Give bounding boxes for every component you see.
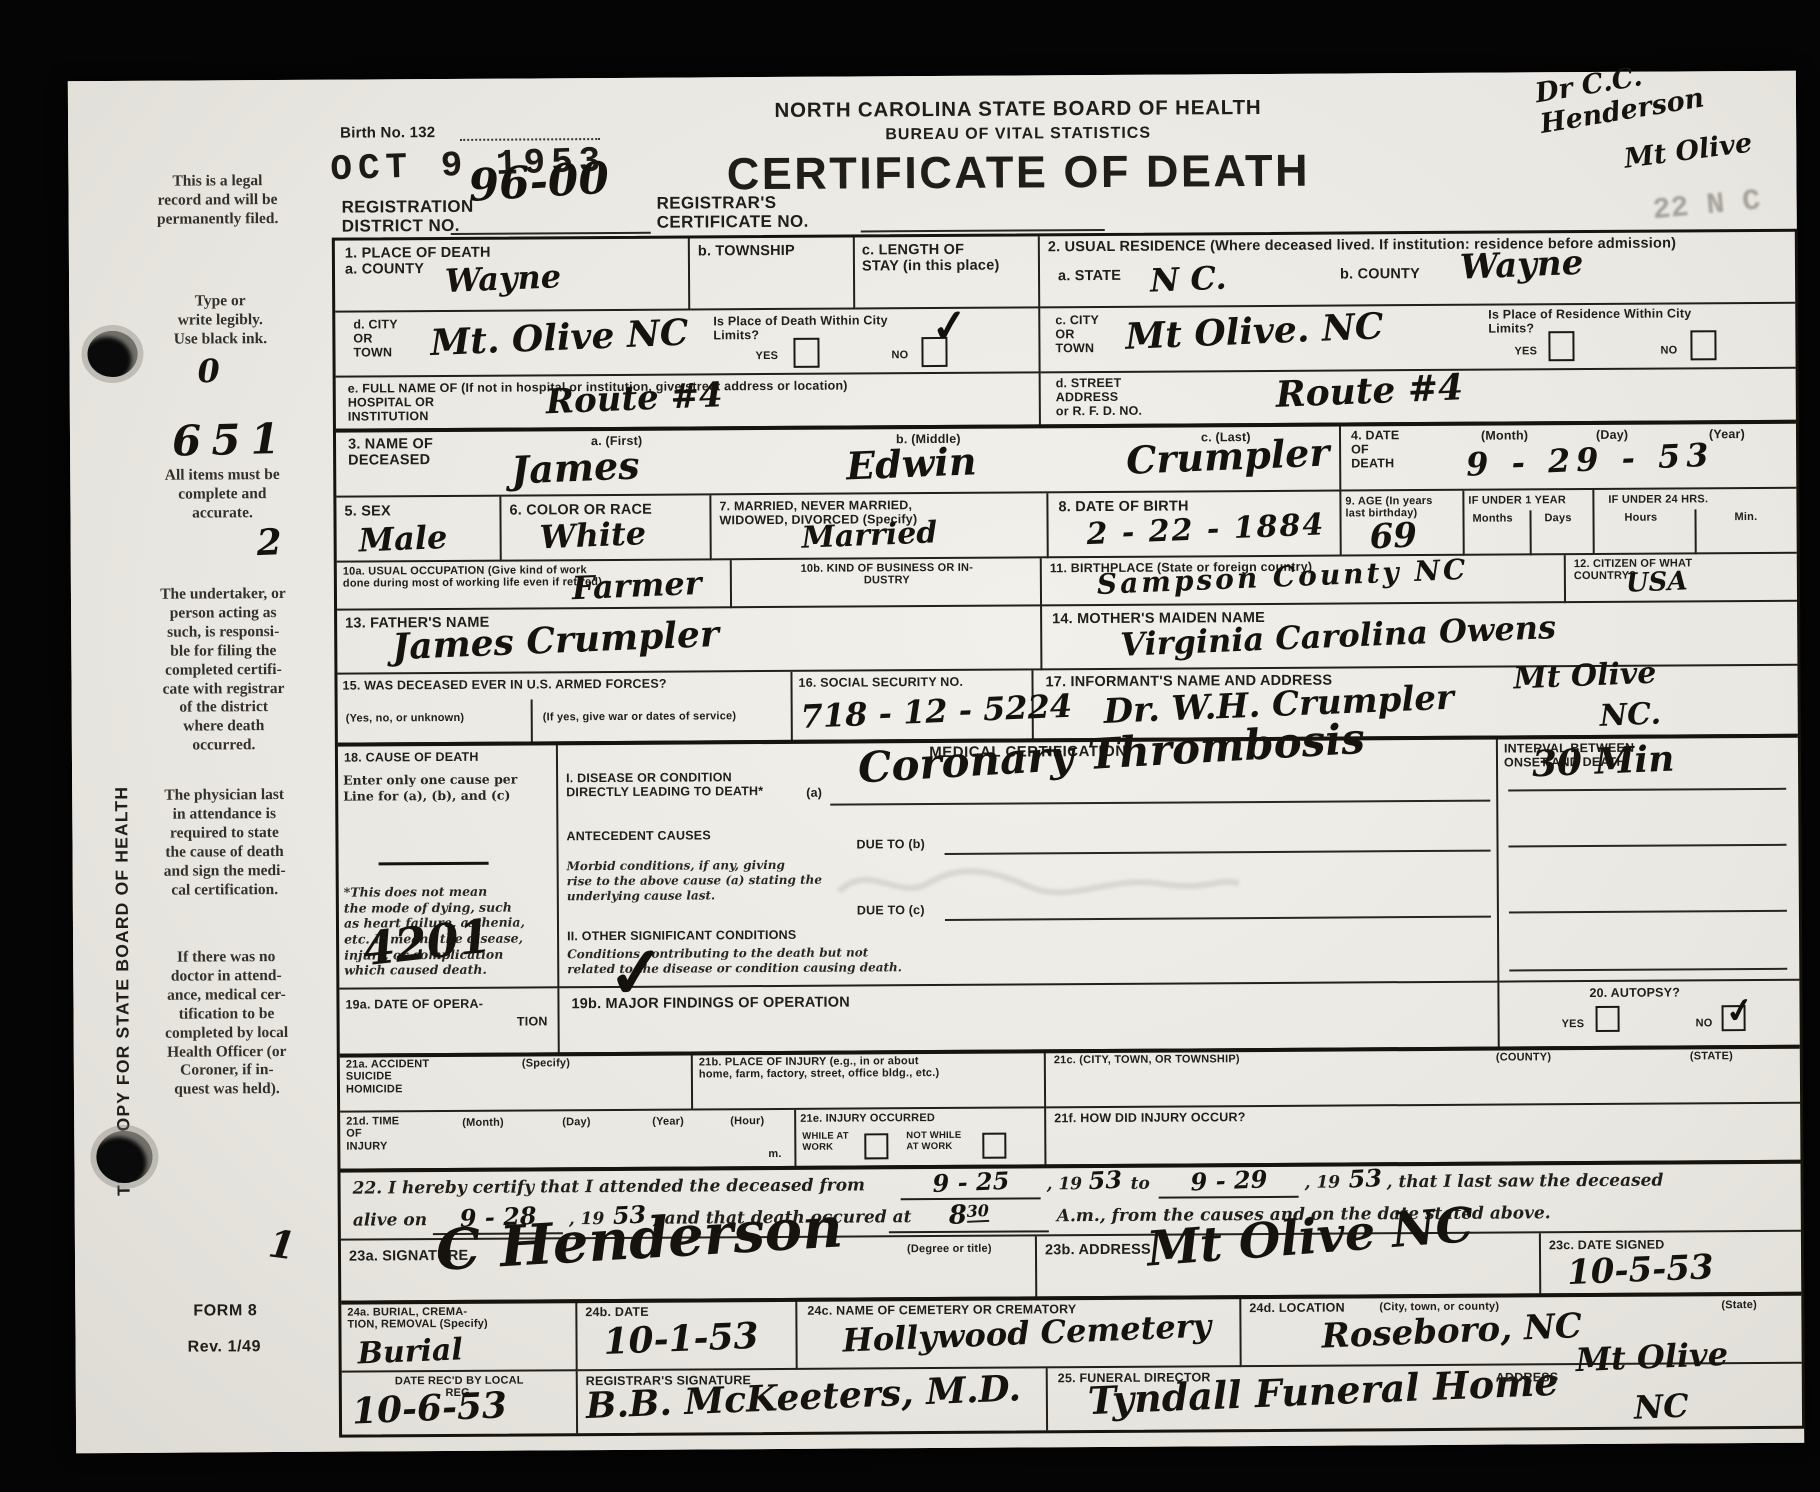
burial-date-value: 10-1-53	[603, 1315, 760, 1363]
margin-physician-note: The physician last in attendance is requ…	[152, 786, 297, 900]
margin-type-note: Type or write legibly. Use black ink.	[155, 292, 285, 350]
accident-label: 21a. ACCIDENT SUICIDE HOMICIDE	[346, 1058, 430, 1096]
injury-city-label: 21c. (CITY, TOWN, OR TOWNSHIP)	[1054, 1053, 1240, 1067]
funeral-director-state-value: NC	[1633, 1387, 1689, 1427]
sex-label: 5. SEX	[344, 503, 390, 520]
city-of-death-value: Mt. Olive NC	[430, 312, 690, 365]
field-10a-occupation: 10a. USUAL OCCUPATION (Give kind of work…	[337, 560, 732, 610]
field-19a-date-of-operation: 19a. DATE OF OPERA- TION	[339, 988, 559, 1055]
field-16-ssn: 16. SOCIAL SECURITY NO. 718 - 12 - 5224	[792, 670, 1033, 741]
informant-state-value: NC.	[1599, 696, 1662, 733]
certify-mid-text: , that I last saw the deceased	[1387, 1171, 1664, 1193]
residence-limits-no-checkbox	[1690, 330, 1716, 360]
degree-or-title-label: (Degree or title)	[907, 1243, 992, 1256]
residence-city-limits-question: Is Place of Residence Within City Limits…	[1488, 306, 1691, 335]
field-25-funeral-director: 25. FUNERAL DIRECTOR Tyndall Funeral Hom…	[1048, 1364, 1802, 1431]
injury-county-label: (COUNTY)	[1496, 1051, 1551, 1064]
residence-state-value: N C.	[1149, 259, 1227, 300]
autopsy-yes-checkbox	[1596, 1006, 1620, 1032]
city-of-death-label: d. CITY OR TOWN	[353, 317, 398, 360]
field-19b-major-findings: 19b. MAJOR FINDINGS OF OPERATION	[559, 983, 1499, 1055]
residence-city-label: c. CITY OR TOWN	[1055, 313, 1099, 356]
handwritten-town-note: Mt Olive	[1622, 127, 1754, 174]
field-6-color-or-race: 6. COLOR OR RACE White	[501, 495, 711, 561]
birth-no-label: Birth No. 132	[340, 125, 435, 143]
field-1b-township: b. TOWNSHIP	[690, 237, 855, 310]
hole-punch-bottom	[96, 1131, 152, 1183]
name-of-deceased-label: 3. NAME OF DECEASED	[348, 436, 433, 469]
field-12-citizen: 12. CITIZEN OF WHAT COUNTRY? USA	[1566, 554, 1797, 603]
last-name-value: Crumpler	[1125, 430, 1330, 483]
field-14-mother-maiden-name: 14. MOTHER'S MAIDEN NAME Virginia Caroli…	[1042, 602, 1797, 671]
form-number: FORM 8	[193, 1302, 257, 1320]
field-23c-date-signed: 23c. DATE SIGNED 10-5-53	[1541, 1232, 1801, 1296]
armed-forces-label: 15. WAS DECEASED EVER IN U.S. ARMED FORC…	[342, 676, 787, 693]
date-received-value: 10-6-53	[351, 1384, 508, 1432]
hole-punch-top	[87, 331, 137, 377]
field-1c-length-of-stay: c. LENGTH OF STAY (in this place)	[855, 236, 1040, 309]
field-2c-city-of-residence: c. CITY OR TOWN Mt Olive. NC Is Place of…	[1040, 304, 1795, 374]
residence-limits-no-label: NO	[1660, 344, 1677, 357]
months-label: Months	[1472, 512, 1512, 525]
antecedent-causes-label: ANTECEDENT CAUSES	[566, 828, 710, 843]
field-9-age: 9. AGE (In years last birthday) 69	[1341, 491, 1464, 557]
certify-from-value: 9 - 25	[932, 1166, 1010, 1198]
ssn-value: 718 - 12 - 5224	[800, 687, 1073, 736]
armed-forces-divider	[531, 699, 533, 743]
pen-checkmark-stroke: ✓	[604, 929, 669, 1016]
certify-from-blank: 9 - 25	[900, 1168, 1040, 1200]
field-2-usual-residence: 2. USUAL RESIDENCE (Where deceased lived…	[1040, 232, 1795, 309]
certify-to-blank: 9 - 29	[1158, 1167, 1298, 1199]
field-24b-burial-date: 24b. DATE 10-1-53	[577, 1300, 797, 1371]
registration-district-line	[451, 232, 651, 235]
ssn-label: 16. SOCIAL SECURITY NO.	[798, 675, 963, 690]
death-year-label: (Year)	[1709, 427, 1745, 441]
margin-handwritten-one: 1	[266, 1220, 298, 1268]
field-3-name-of-deceased: 3. NAME OF DECEASED a. (First) b. (Middl…	[336, 425, 1341, 498]
death-month-label: (Month)	[1481, 428, 1528, 442]
occupation-value: Farmer	[571, 564, 702, 607]
sex-value: Male	[358, 518, 448, 560]
field-1a-county: 1. PLACE OF DEATH a. COUNTY Wayne	[335, 238, 690, 312]
death-limits-yes-checkbox	[793, 338, 819, 368]
injury-m-label: m.	[768, 1148, 781, 1161]
margin-handwritten-two: 2	[256, 521, 283, 564]
burial-value: Burial	[357, 1332, 464, 1371]
certificate-form-grid: 1. PLACE OF DEATH a. COUNTY Wayne b. TOW…	[332, 229, 1805, 1438]
registration-district-label: REGISTRATION DISTRICT NO.	[342, 197, 474, 236]
marital-status-value: Married	[801, 515, 938, 556]
age-value: 69	[1369, 515, 1418, 557]
business-label: 10b. KIND OF BUSINESS OR IN- DUSTRY	[742, 561, 1032, 588]
cause-note-one: Enter only one cause per Line for (a), (…	[343, 772, 517, 804]
scanned-death-certificate-page: { "header": { "birth_no": "Birth No. 132…	[0, 0, 1820, 1492]
under-1-year-label: IF UNDER 1 YEAR	[1468, 494, 1566, 507]
certify-pre-text: 22. I hereby certify that I attended the…	[353, 1175, 866, 1198]
field-9-under-1-year: IF UNDER 1 YEAR Months Days	[1464, 490, 1594, 556]
burial-location-value: Roseboro, NC	[1321, 1306, 1583, 1357]
margin-legal-note: This is a legal record and will be perma…	[146, 172, 288, 230]
certify-19a-text: , 19	[1047, 1174, 1083, 1194]
other-significant-conditions-label: II. OTHER SIGNIFICANT CONDITIONS	[567, 928, 796, 944]
interval-value: 30 Min	[1531, 738, 1675, 786]
injury-day-label: (Day)	[562, 1116, 591, 1129]
hours-min-divider	[1694, 509, 1696, 554]
hospital-value: Route #4	[545, 375, 723, 422]
field-24a-burial: 24a. BURIAL, CREMA- TION, REMOVAL (Speci…	[341, 1301, 577, 1372]
field-13-father-name: 13. FATHER'S NAME James Crumpler	[337, 606, 1042, 674]
certify-year1-value: 53	[1088, 1165, 1123, 1195]
due-to-b-label: DUE TO (b)	[856, 837, 925, 852]
date-signed-value: 10-5-53	[1566, 1247, 1714, 1293]
armed-forces-note2: (If yes, give war or dates of service)	[543, 710, 737, 724]
due-to-c-line	[945, 916, 1491, 921]
injury-state-label: (STATE)	[1690, 1050, 1733, 1063]
margin-no-doctor-note: If there was no doctor in attend- ance, …	[153, 948, 300, 1100]
while-at-work-label: WHILE AT WORK	[802, 1132, 849, 1154]
bureau-title: BUREAU OF VITAL STATISTICS	[678, 123, 1358, 145]
autopsy-no-checkmark: ✓	[1723, 989, 1757, 1033]
field-23b-address: 23b. ADDRESS Mt Olive NC	[1037, 1233, 1541, 1298]
disease-a-label: (a)	[806, 786, 822, 800]
months-days-divider	[1529, 510, 1531, 555]
field-10b-business: 10b. KIND OF BUSINESS OR IN- DUSTRY	[732, 558, 1042, 608]
injury-month-label: (Month)	[462, 1117, 504, 1130]
certify-to-text: to	[1131, 1174, 1150, 1194]
burial-date-label: 24b. DATE	[585, 1305, 648, 1320]
informant-town-value: Mt Olive	[1513, 656, 1657, 697]
field-24c-cemetery: 24c. NAME OF CEMETERY OR CREMATORY Holly…	[797, 1297, 1241, 1370]
field-21c-injury-location: 21c. (CITY, TOWN, OR TOWNSHIP) (COUNTY) …	[1046, 1047, 1800, 1109]
registrar-certificate-line	[861, 229, 1105, 232]
interval-line-b	[1509, 844, 1787, 848]
registration-district-value: 96-00	[467, 153, 610, 212]
autopsy-no-label: NO	[1696, 1017, 1713, 1030]
interval-line-a	[1508, 788, 1786, 792]
handwritten-doctor-note: Dr C.C. Henderson	[1533, 37, 1798, 140]
death-limits-no-checkmark: ✓	[929, 299, 971, 354]
middle-name-value: Edwin	[845, 438, 977, 488]
certify-year2-value: 53	[1348, 1163, 1383, 1193]
date-of-operation-label2: TION	[340, 1014, 548, 1029]
form-revision: Rev. 1/49	[188, 1338, 262, 1357]
date-of-operation-label: 19a. DATE OF OPERA-	[345, 997, 483, 1012]
occupation-label: 10a. USUAL OCCUPATION (Give kind of work…	[343, 564, 602, 590]
field-21d-time-of-injury: 21d. TIME OF INJURY (Month) (Day) (Year)…	[340, 1110, 796, 1171]
margin-undertaker-note: The undertaker, or person acting as such…	[151, 585, 296, 756]
cause-of-death-label: 18. CAUSE OF DEATH	[344, 750, 479, 765]
residence-limits-yes-checkbox	[1548, 331, 1574, 361]
street-address-value: Route #4	[1275, 366, 1464, 416]
injury-year-label: (Year)	[652, 1116, 684, 1129]
certify-19b-text: , 19	[1305, 1173, 1341, 1193]
interval-line-d	[1509, 968, 1787, 972]
place-of-injury-label: 21b. PLACE OF INJURY (e.g., in or about …	[699, 1055, 940, 1081]
margin-vertical-text: THIS COPY FOR STATE BOARD OF HEALTH	[112, 691, 135, 1196]
field-1d-city-of-death: d. CITY OR TOWN Mt. Olive NC Is Place of…	[335, 308, 1040, 377]
certify-time-sup: 30	[966, 1201, 989, 1223]
days-label: Days	[1544, 512, 1571, 525]
burial-location-state-label: (State)	[1721, 1299, 1757, 1312]
not-while-at-work-checkbox	[982, 1133, 1006, 1159]
residence-county-value: Wayne	[1459, 243, 1584, 288]
funeral-director-address-label: ADDRESS	[1496, 1370, 1559, 1385]
field-1e-hospital: e. FULL NAME OF (If not in hospital or i…	[336, 373, 1041, 430]
field-21a-accident-suicide-homicide: 21a. ACCIDENT SUICIDE HOMICIDE (Specify)	[340, 1053, 693, 1112]
disease-condition-label: I. DISEASE OR CONDITION DIRECTLY LEADING…	[566, 770, 763, 799]
field-interval-onset-death: INTERVAL BETWEEN ONSET AND DEATH 30 Min	[1498, 736, 1799, 983]
autopsy-label: 20. AUTOPSY?	[1589, 985, 1680, 1000]
county-of-death-value: Wayne	[444, 257, 562, 300]
field-21e-injury-occurred: 21e. INJURY OCCURRED WHILE AT WORK NOT W…	[796, 1108, 1046, 1168]
certify-time-value: 8	[948, 1200, 967, 1231]
field-2d-street-address: d. STREET ADDRESS or R. F. D. NO. Route …	[1041, 369, 1796, 427]
bleed-through-ink	[829, 849, 1249, 912]
not-while-at-work-label: NOT WHILE AT WORK	[906, 1131, 961, 1153]
field-4-date-of-death: 4. DATE OF DEATH (Month) (Day) (Year) 9 …	[1341, 422, 1796, 492]
date-of-death-label: 4. DATE OF DEATH	[1351, 428, 1400, 471]
township-label: b. TOWNSHIP	[698, 243, 795, 260]
residence-state-label: a. STATE	[1058, 268, 1121, 285]
first-name-value: James	[510, 442, 640, 492]
field-date-received: DATE REC'D BY LOCAL REG. 10-6-53	[342, 1371, 578, 1434]
residence-limits-yes-label: YES	[1514, 345, 1537, 358]
faint-number-stamp: 22 N C	[1651, 184, 1762, 228]
margin-handwritten-651: 651	[171, 414, 290, 466]
medical-certification-block: MEDICAL CERTIFICATION I. DISEASE OR COND…	[558, 738, 1499, 989]
length-of-stay-label: c. LENGTH OF STAY (in this place)	[862, 242, 1000, 276]
residence-county-label: b. COUNTY	[1340, 266, 1420, 283]
hours-label: Hours	[1624, 512, 1657, 525]
field-11-birthplace: 11. BIRTHPLACE (State or foreign country…	[1042, 555, 1566, 606]
field-20-autopsy: 20. AUTOPSY? YES NO ✓	[1499, 981, 1799, 1049]
death-certificate-document: This is a legal record and will be perma…	[68, 71, 1804, 1454]
interval-line-c	[1509, 910, 1787, 914]
death-limits-yes-label: YES	[755, 350, 778, 363]
funeral-director-value: Tyndall Funeral Home	[1087, 1359, 1559, 1423]
board-of-health-title: NORTH CAROLINA STATE BOARD OF HEALTH	[678, 95, 1358, 122]
while-at-work-checkbox	[864, 1133, 888, 1159]
field-21f-how-injury-occurred: 21f. HOW DID INJURY OCCUR?	[1046, 1104, 1800, 1167]
field-registrar-signature: REGISTRAR'S SIGNATURE B.B. McKeeters, M.…	[578, 1368, 1048, 1433]
citizen-value: USA	[1625, 566, 1688, 599]
field-21b-place-of-injury: 21b. PLACE OF INJURY (e.g., in or about …	[693, 1051, 1046, 1110]
physician-address-label: 23b. ADDRESS	[1045, 1242, 1151, 1259]
burial-label: 24a. BURIAL, CREMA- TION, REMOVAL (Speci…	[347, 1306, 488, 1332]
injury-hour-label: (Hour)	[730, 1115, 764, 1128]
armed-forces-note1: (Yes, no, or unknown)	[346, 712, 465, 725]
certify-to-value: 9 - 29	[1190, 1164, 1268, 1196]
certify-alive-text: alive on	[353, 1210, 427, 1230]
field-7-marital-status: 7. MARRIED, NEVER MARRIED, WIDOWED, DIVO…	[711, 493, 1048, 560]
date-of-death-value: 9 - 29 - 53	[1465, 436, 1715, 484]
usual-residence-label: 2. USUAL RESIDENCE (Where deceased lived…	[1048, 235, 1788, 256]
certificate-of-death-title: CERTIFICATE OF DEATH	[678, 145, 1358, 200]
field-23a-signature: 23a. SIGNATURE (Degree or title) C Hende…	[341, 1236, 1037, 1302]
time-of-injury-label: 21d. TIME OF INJURY	[346, 1115, 399, 1153]
accident-specify-label: (Specify)	[522, 1057, 570, 1070]
injury-occurred-label: 21e. INJURY OCCURRED	[800, 1112, 935, 1125]
field-5-sex: 5. SEX Male	[336, 497, 501, 563]
funeral-director-town-value: Mt Olive	[1575, 1335, 1729, 1379]
under-24-hrs-label: IF UNDER 24 HRS.	[1608, 493, 1708, 506]
field-15-armed-forces: 15. WAS DECEASED EVER IN U.S. ARMED FORC…	[337, 672, 792, 745]
disease-a-line	[830, 800, 1490, 806]
field-9-under-24-hrs: IF UNDER 24 HRS. Hours Min.	[1594, 489, 1796, 555]
certify-time-blank: 830	[889, 1200, 1049, 1233]
cause-note-divider	[379, 862, 489, 866]
margin-handwritten-zero: 0	[197, 352, 221, 391]
autopsy-yes-label: YES	[1562, 1018, 1585, 1031]
morbid-conditions-note: Morbid conditions, if any, giving rise t…	[567, 858, 823, 905]
min-label: Min.	[1734, 511, 1757, 524]
how-injury-occurred-label: 21f. HOW DID INJURY OCCUR?	[1054, 1110, 1245, 1125]
residence-city-value: Mt Olive. NC	[1125, 305, 1385, 358]
field-8-date-of-birth: 8. DATE OF BIRTH 2 - 22 - 1884	[1048, 492, 1341, 559]
street-address-label: d. STREET ADDRESS or R. F. D. NO.	[1056, 376, 1143, 419]
color-or-race-value: White	[539, 514, 647, 556]
death-limits-no-label: NO	[891, 349, 908, 362]
margin-complete-note: All items must be complete and accurate.	[152, 466, 292, 524]
field-18-cause-of-death-notes: 18. CAUSE OF DEATH Enter only one cause …	[338, 743, 559, 989]
burial-location-label: 24d. LOCATION	[1249, 1301, 1345, 1316]
